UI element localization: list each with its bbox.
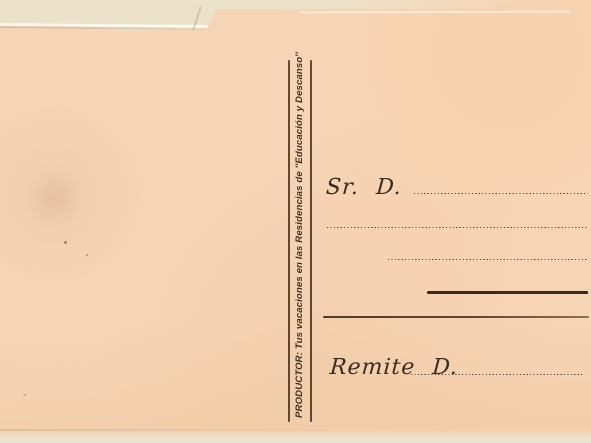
paper-stain	[26, 168, 84, 230]
addressee-writing-line	[414, 193, 588, 195]
torn-paper-strip	[0, 0, 591, 34]
crease-highlight-right	[300, 11, 570, 14]
paper-speck	[64, 241, 67, 244]
scan-bottom-edge	[0, 429, 591, 443]
sender-label: Remite D.	[329, 355, 459, 380]
sender-writing-line	[411, 374, 583, 376]
paper-speck	[86, 254, 88, 256]
addressee-label: Sr. D.	[325, 175, 403, 200]
postcard-back: PRODUCTOR: Tus vacaciones en las Residen…	[0, 0, 591, 443]
address-writing-line-3	[388, 259, 588, 261]
producer-slogan: PRODUCTOR: Tus vacaciones en las Residen…	[287, 67, 312, 418]
paper-speck	[23, 394, 26, 396]
address-writing-line-4	[427, 291, 588, 294]
address-writing-line-5	[323, 316, 589, 318]
address-writing-line-2	[327, 227, 589, 229]
